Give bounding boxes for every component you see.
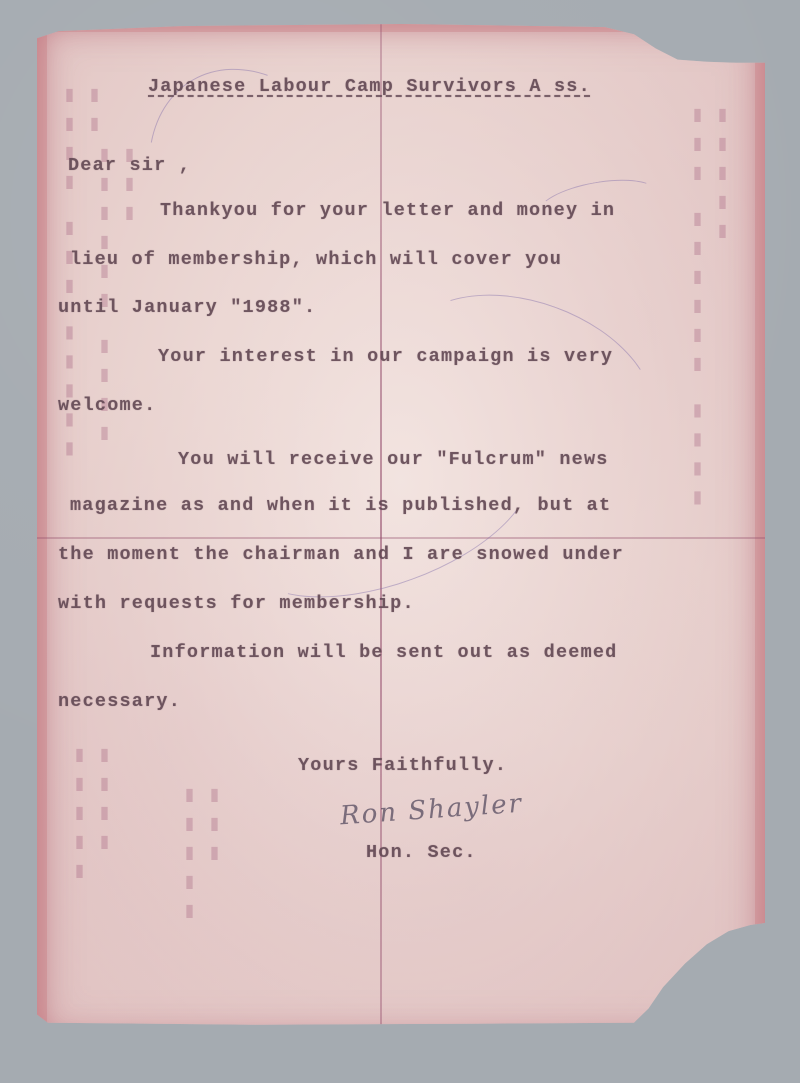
body-line: Your interest in our campaign is very	[158, 346, 613, 367]
body-line: Thankyou for your letter and money in	[160, 200, 615, 221]
letter-heading: Japanese Labour Camp Survivors A ss.	[148, 76, 591, 97]
body-line: You will receive our "Fulcrum" news	[178, 449, 609, 470]
signatory-title: Hon. Sec.	[366, 842, 477, 863]
body-line: the moment the chairman and I are snowed…	[58, 544, 624, 565]
body-line: magazine as and when it is published, bu…	[70, 495, 611, 516]
body-line: until January "1988".	[58, 297, 316, 318]
letter-text: Japanese Labour Camp Survivors A ss. Dea…	[0, 0, 800, 1083]
handwritten-signature: Ron Shayler	[339, 789, 524, 832]
body-line: necessary.	[58, 691, 181, 712]
body-line: lieu of membership, which will cover you	[70, 249, 562, 270]
closing: Yours Faithfully.	[298, 755, 507, 776]
body-line: Information will be sent out as deemed	[150, 642, 617, 663]
body-line: welcome.	[58, 395, 156, 416]
body-line: with requests for membership.	[58, 593, 415, 614]
salutation: Dear sir ,	[68, 155, 191, 176]
